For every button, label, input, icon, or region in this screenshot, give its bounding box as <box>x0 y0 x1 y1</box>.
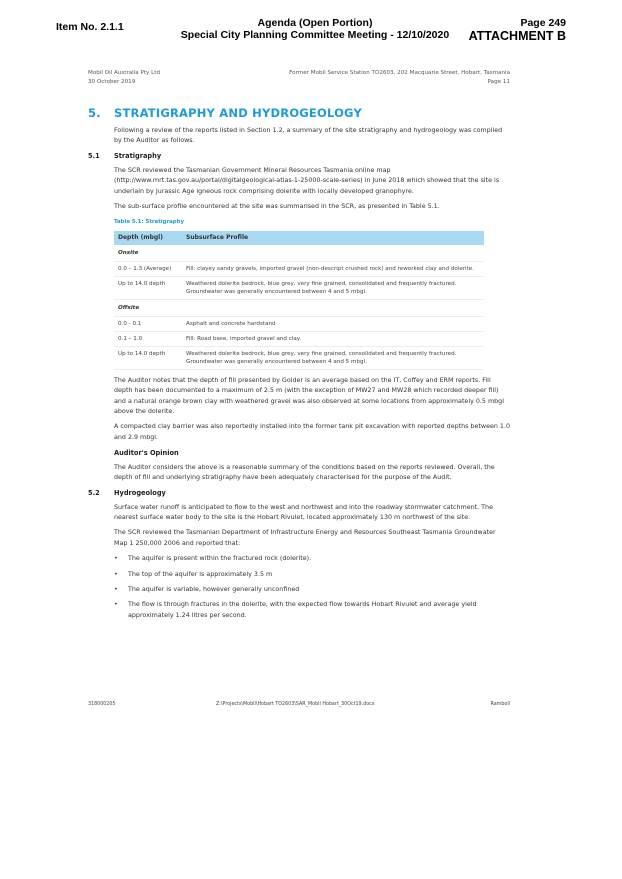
subsection-number: 5.2 <box>88 489 100 497</box>
footer-reference: 318000205 <box>88 702 115 707</box>
section-number: 5. <box>88 106 101 120</box>
list-item-text: The aquifer is present within the fractu… <box>128 555 311 562</box>
footer-file-path: Z:\Projects\Mobil\Hobart TO2603\SAR_Mobi… <box>216 702 375 707</box>
site-name: Former Mobil Service Station TO2603, 202… <box>289 69 510 78</box>
profile-cell: Weathered dolerite bedrock, blue grey, v… <box>182 346 484 369</box>
agenda-page-block: Page 249 ATTACHMENT B <box>469 17 566 43</box>
stratigraphy-paragraph-3: The Auditor notes that the depth of fill… <box>114 376 510 418</box>
profile-cell: Fill: Road base, imported gravel and cla… <box>182 331 484 346</box>
page-content: 5. STRATIGRAPHY AND HYDROGEOLOGY Followi… <box>88 106 510 626</box>
stratigraphy-paragraph-1: The SCR reviewed the Tasmanian Governmen… <box>114 166 510 197</box>
table-row: 0.0 - 0.1 Asphalt and concrete hardstand <box>114 316 484 331</box>
stratigraphy-paragraph-4: A compacted clay barrier was also report… <box>114 422 510 443</box>
depth-cell: Up to 14.0 depth <box>114 346 182 369</box>
column-header-depth: Depth (mbgl) <box>114 231 182 245</box>
depth-cell: Up to 14.0 depth <box>114 276 182 299</box>
table-caption: Table 5.1: Stratigraphy <box>114 217 510 227</box>
profile-cell: Asphalt and concrete hardstand <box>182 316 484 331</box>
hydrogeology-bullet-list: •The aquifer is present within the fract… <box>114 554 510 621</box>
group-label-offsite: Offsite <box>114 299 484 316</box>
depth-cell: 0.0 - 0.1 <box>114 316 182 331</box>
table-group-row: Offsite <box>114 299 484 316</box>
table-group-row: Onsite <box>114 245 484 262</box>
profile-cell: Fill: clayey sandy gravels, imported gra… <box>182 261 484 276</box>
attachment-label: ATTACHMENT B <box>469 29 566 43</box>
subsection-title: Hydrogeology <box>114 489 166 497</box>
list-item: •The aquifer is present within the fract… <box>114 554 510 564</box>
hydrogeology-paragraph-2: The SCR reviewed the Tasmanian Departmen… <box>114 528 510 549</box>
stratigraphy-table: Depth (mbgl) Subsurface Profile Onsite 0… <box>114 231 484 370</box>
list-item: •The top of the aquifer is approximately… <box>114 570 510 580</box>
table-header-row: Depth (mbgl) Subsurface Profile <box>114 231 484 245</box>
subsection-heading-stratigraphy: 5.1 Stratigraphy <box>88 152 510 166</box>
group-label-onsite: Onsite <box>114 245 484 262</box>
subsection-number: 5.1 <box>88 152 100 160</box>
agenda-page-number: Page 249 <box>469 17 566 29</box>
document-date: 30 October 2019 <box>88 78 160 87</box>
section-title: STRATIGRAPHY AND HYDROGEOLOGY <box>114 106 362 120</box>
bullet-icon: • <box>114 554 118 564</box>
stratigraphy-paragraph-2: The sub-surface profile encountered at t… <box>114 202 510 212</box>
bullet-icon: • <box>114 585 118 595</box>
agenda-title: Agenda (Open Portion) Special City Plann… <box>180 17 450 41</box>
list-item-text: The flow is through fractures in the dol… <box>128 601 477 618</box>
table-row: 0.0 – 1.3 (Average) Fill: clayey sandy g… <box>114 261 484 276</box>
subsection-heading-hydrogeology: 5.2 Hydrogeology <box>88 489 510 503</box>
column-header-profile: Subsurface Profile <box>182 231 484 245</box>
section-heading: 5. STRATIGRAPHY AND HYDROGEOLOGY <box>88 106 510 126</box>
agenda-title-line2: Special City Planning Committee Meeting … <box>180 29 450 41</box>
table-row: Up to 14.0 depth Weathered dolerite bedr… <box>114 276 484 299</box>
list-item: •The flow is through fractures in the do… <box>114 600 510 621</box>
table-row: 0.1 – 1.0 Fill: Road base, imported grav… <box>114 331 484 346</box>
list-item-text: The aquifer is variable, however general… <box>128 586 299 593</box>
depth-cell: 0.1 – 1.0 <box>114 331 182 346</box>
agenda-header: Item No. 2.1.1 Agenda (Open Portion) Spe… <box>0 16 622 46</box>
profile-cell: Weathered dolerite bedrock, blue grey, v… <box>182 276 484 299</box>
company-name: Mobil Oil Australia Pty Ltd <box>88 69 160 78</box>
depth-cell: 0.0 – 1.3 (Average) <box>114 261 182 276</box>
list-item: •The aquifer is variable, however genera… <box>114 585 510 595</box>
document-page-number: Page 11 <box>289 78 510 87</box>
bullet-icon: • <box>114 600 118 610</box>
subsection-title: Stratigraphy <box>114 152 161 160</box>
hydrogeology-paragraph-1: Surface water runoff is anticipated to f… <box>114 503 510 524</box>
table-row: Up to 14.0 depth Weathered dolerite bedr… <box>114 346 484 369</box>
agenda-title-line1: Agenda (Open Portion) <box>180 17 450 29</box>
bullet-icon: • <box>114 570 118 580</box>
footer-company: Ramboll <box>491 702 511 707</box>
list-item-text: The top of the aquifer is approximately … <box>128 571 272 578</box>
agenda-item-number: Item No. 2.1.1 <box>56 21 124 33</box>
auditor-opinion-text: The Auditor considers the above is a rea… <box>114 463 510 484</box>
section-intro: Following a review of the reports listed… <box>114 126 510 147</box>
auditor-opinion-heading: Auditor's Opinion <box>114 448 510 458</box>
